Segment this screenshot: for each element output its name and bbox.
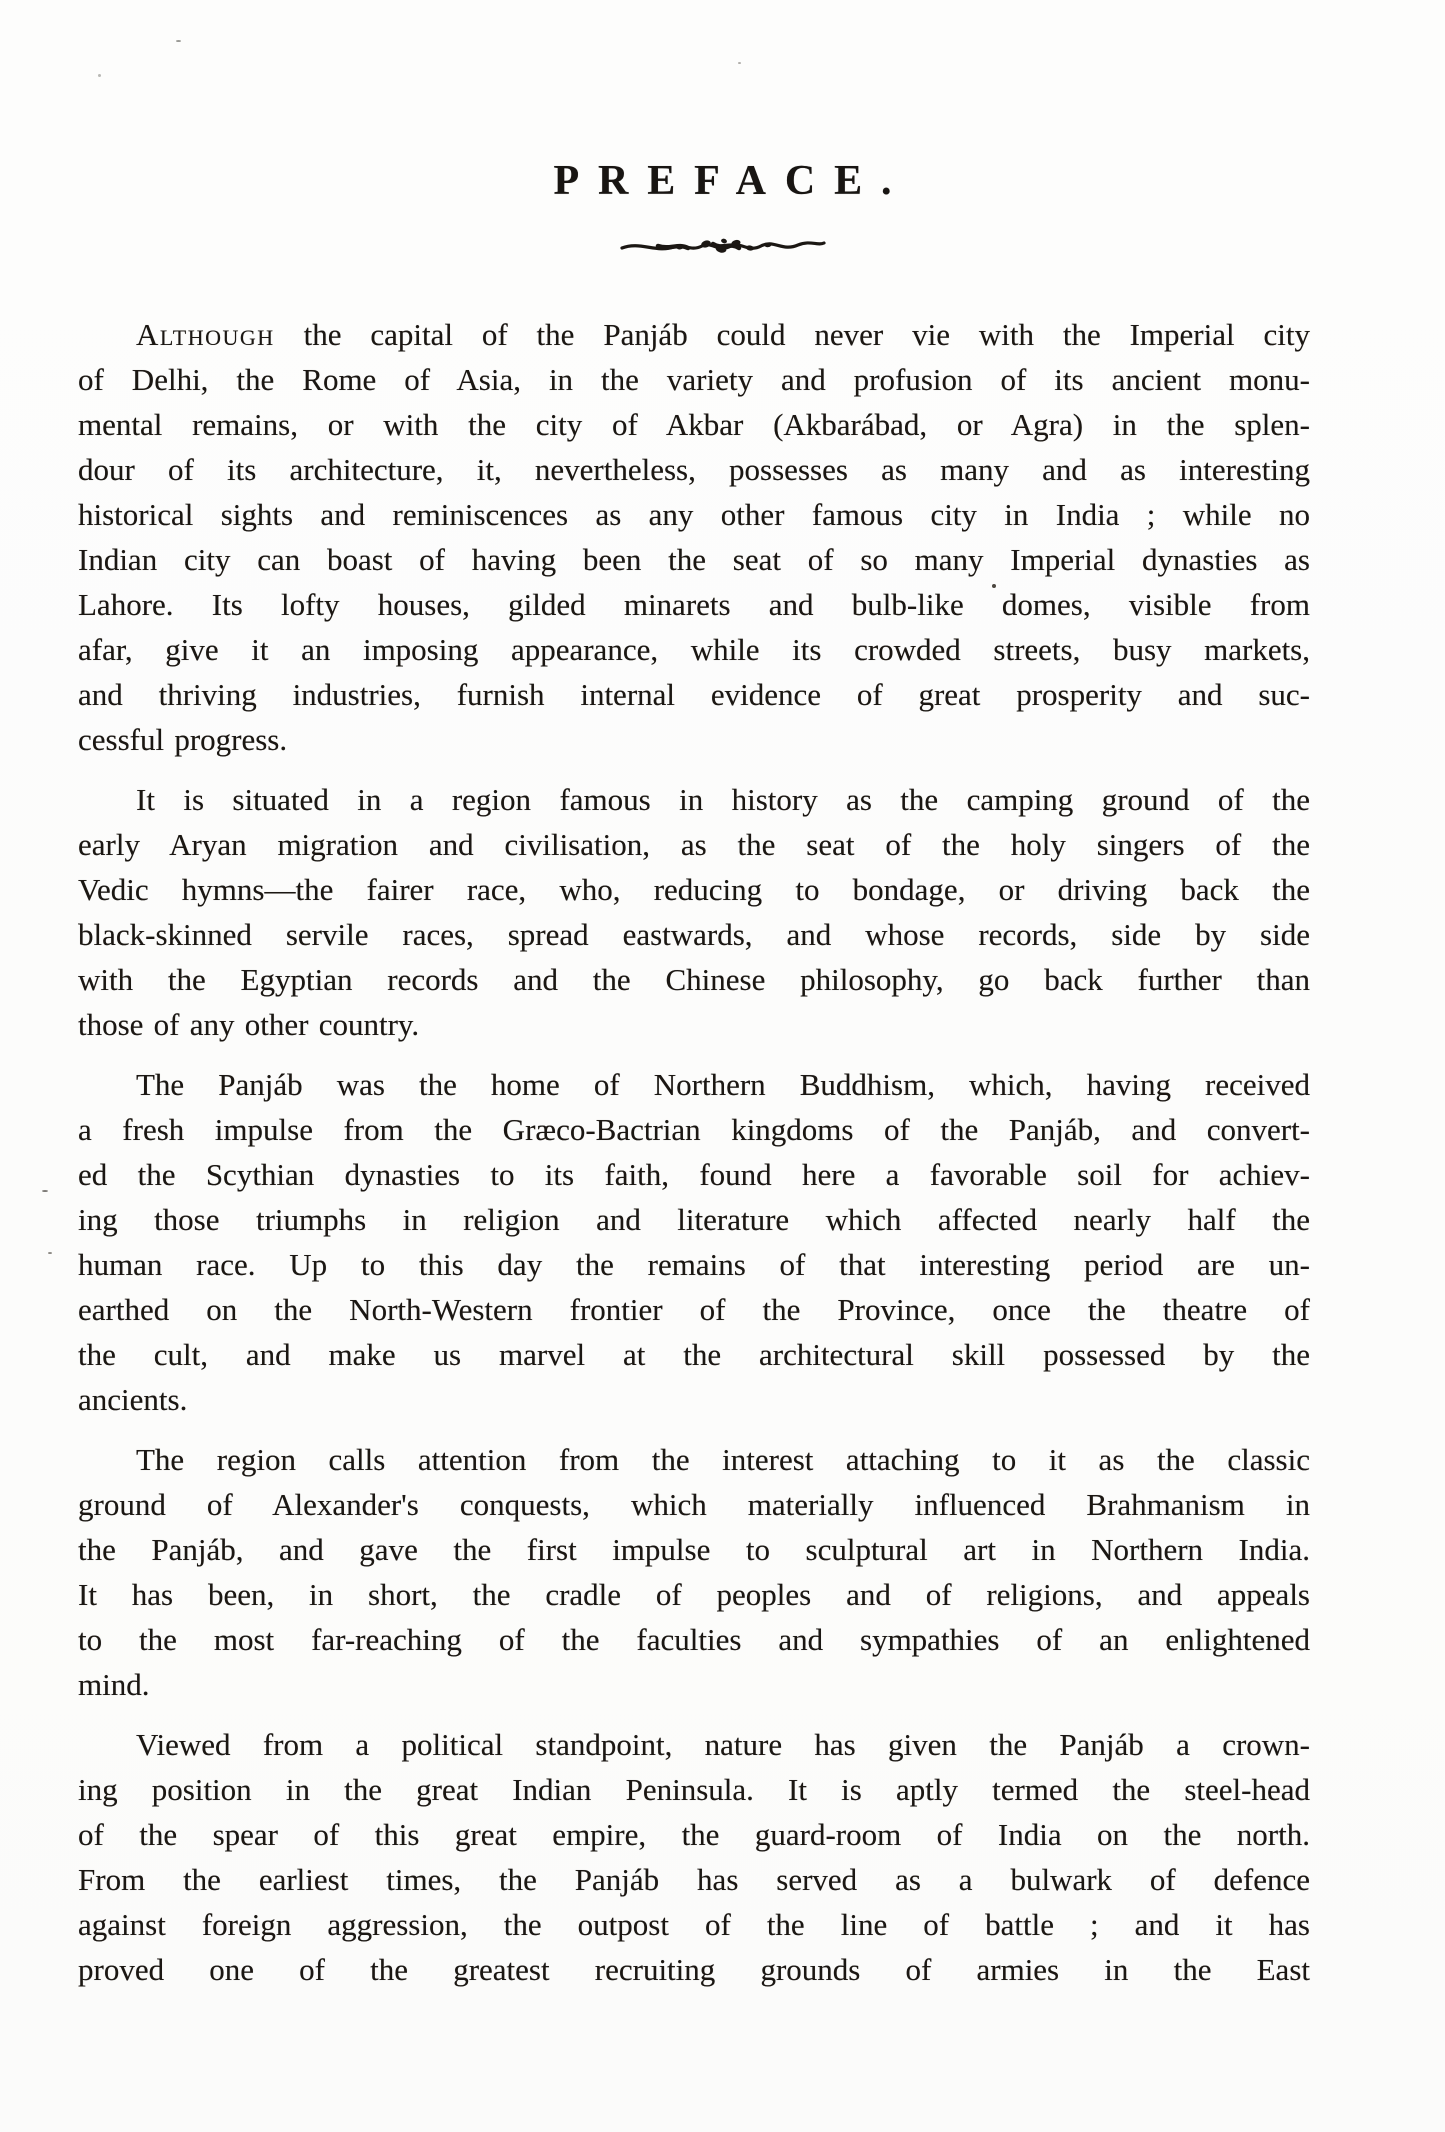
text-line: the cult, and make us marvel at the arch… [78,1332,1310,1377]
text-line: ground of Alexander's conquests, which m… [78,1482,1310,1527]
book-page: PREFACE. Although the capital of the Pan… [0,0,1445,2132]
text-line: against foreign aggression, the outpost … [78,1902,1310,1947]
text-line: ancients. [78,1377,1310,1422]
text-line: Although the capital of the Panjáb could… [78,312,1310,357]
text-line: mind. [78,1662,1310,1707]
text-line: early Aryan migration and civilisation, … [78,822,1310,867]
text-line: Viewed from a political standpoint, natu… [78,1722,1310,1767]
text-line: It has been, in short, the cradle of peo… [78,1572,1310,1617]
text-line: afar, give it an imposing appearance, wh… [78,627,1310,672]
text-line: It is situated in a region famous in his… [78,777,1310,822]
text-line: and thriving industries, furnish interna… [78,672,1310,717]
text-line: ing position in the great Indian Peninsu… [78,1767,1310,1812]
text-line: proved one of the greatest recruiting gr… [78,1947,1310,1992]
text-line: of Delhi, the Rome of Asia, in the varie… [78,357,1310,402]
text-line: earthed on the North-Western frontier of… [78,1287,1310,1332]
paragraph: Although the capital of the Panjáb could… [78,312,1310,762]
text-line: Indian city can boast of having been the… [78,537,1310,582]
paragraph: The Panjáb was the home of Northern Budd… [78,1062,1310,1422]
text-line: to the most far-reaching of the facultie… [78,1617,1310,1662]
text-line: dour of its architecture, it, neverthele… [78,447,1310,492]
text-line: those of any other country. [78,1002,1310,1047]
ornament-flourish-icon [0,232,1445,260]
paragraph: Viewed from a political standpoint, natu… [78,1722,1310,1992]
page-title: PREFACE. [0,0,1445,202]
text-line: From the earliest times, the Panjáb has … [78,1857,1310,1902]
scan-speck [48,1252,52,1254]
text-line: of the spear of this great empire, the g… [78,1812,1310,1857]
scan-speck [98,74,101,77]
text-line: human race. Up to this day the remains o… [78,1242,1310,1287]
scan-speck [42,1190,48,1192]
text-line: The Panjáb was the home of Northern Budd… [78,1062,1310,1107]
text-line: the Panjáb, and gave the first impulse t… [78,1527,1310,1572]
text-line: historical sights and reminiscences as a… [78,492,1310,537]
text-line: a fresh impulse from the Græco-Bactrian … [78,1107,1310,1152]
scan-speck [992,584,996,588]
paragraph: It is situated in a region famous in his… [78,777,1310,1047]
page-body: Although the capital of the Panjáb could… [78,312,1310,1992]
text-line: Vedic hymns—the fairer race, who, reduci… [78,867,1310,912]
scan-speck [176,40,181,42]
text-line: ed the Scythian dynasties to its faith, … [78,1152,1310,1197]
text-line: black-skinned servile races, spread east… [78,912,1310,957]
text-line: The region calls attention from the inte… [78,1437,1310,1482]
text-line: cessful progress. [78,717,1310,762]
text-line: mental remains, or with the city of Akba… [78,402,1310,447]
lead-word-smallcaps: Although [136,317,275,352]
text-line: Lahore. Its lofty houses, gilded minaret… [78,582,1310,627]
scan-speck [738,62,741,64]
text-line: ing those triumphs in religion and liter… [78,1197,1310,1242]
paragraph: The region calls attention from the inte… [78,1437,1310,1707]
text-line: with the Egyptian records and the Chines… [78,957,1310,1002]
